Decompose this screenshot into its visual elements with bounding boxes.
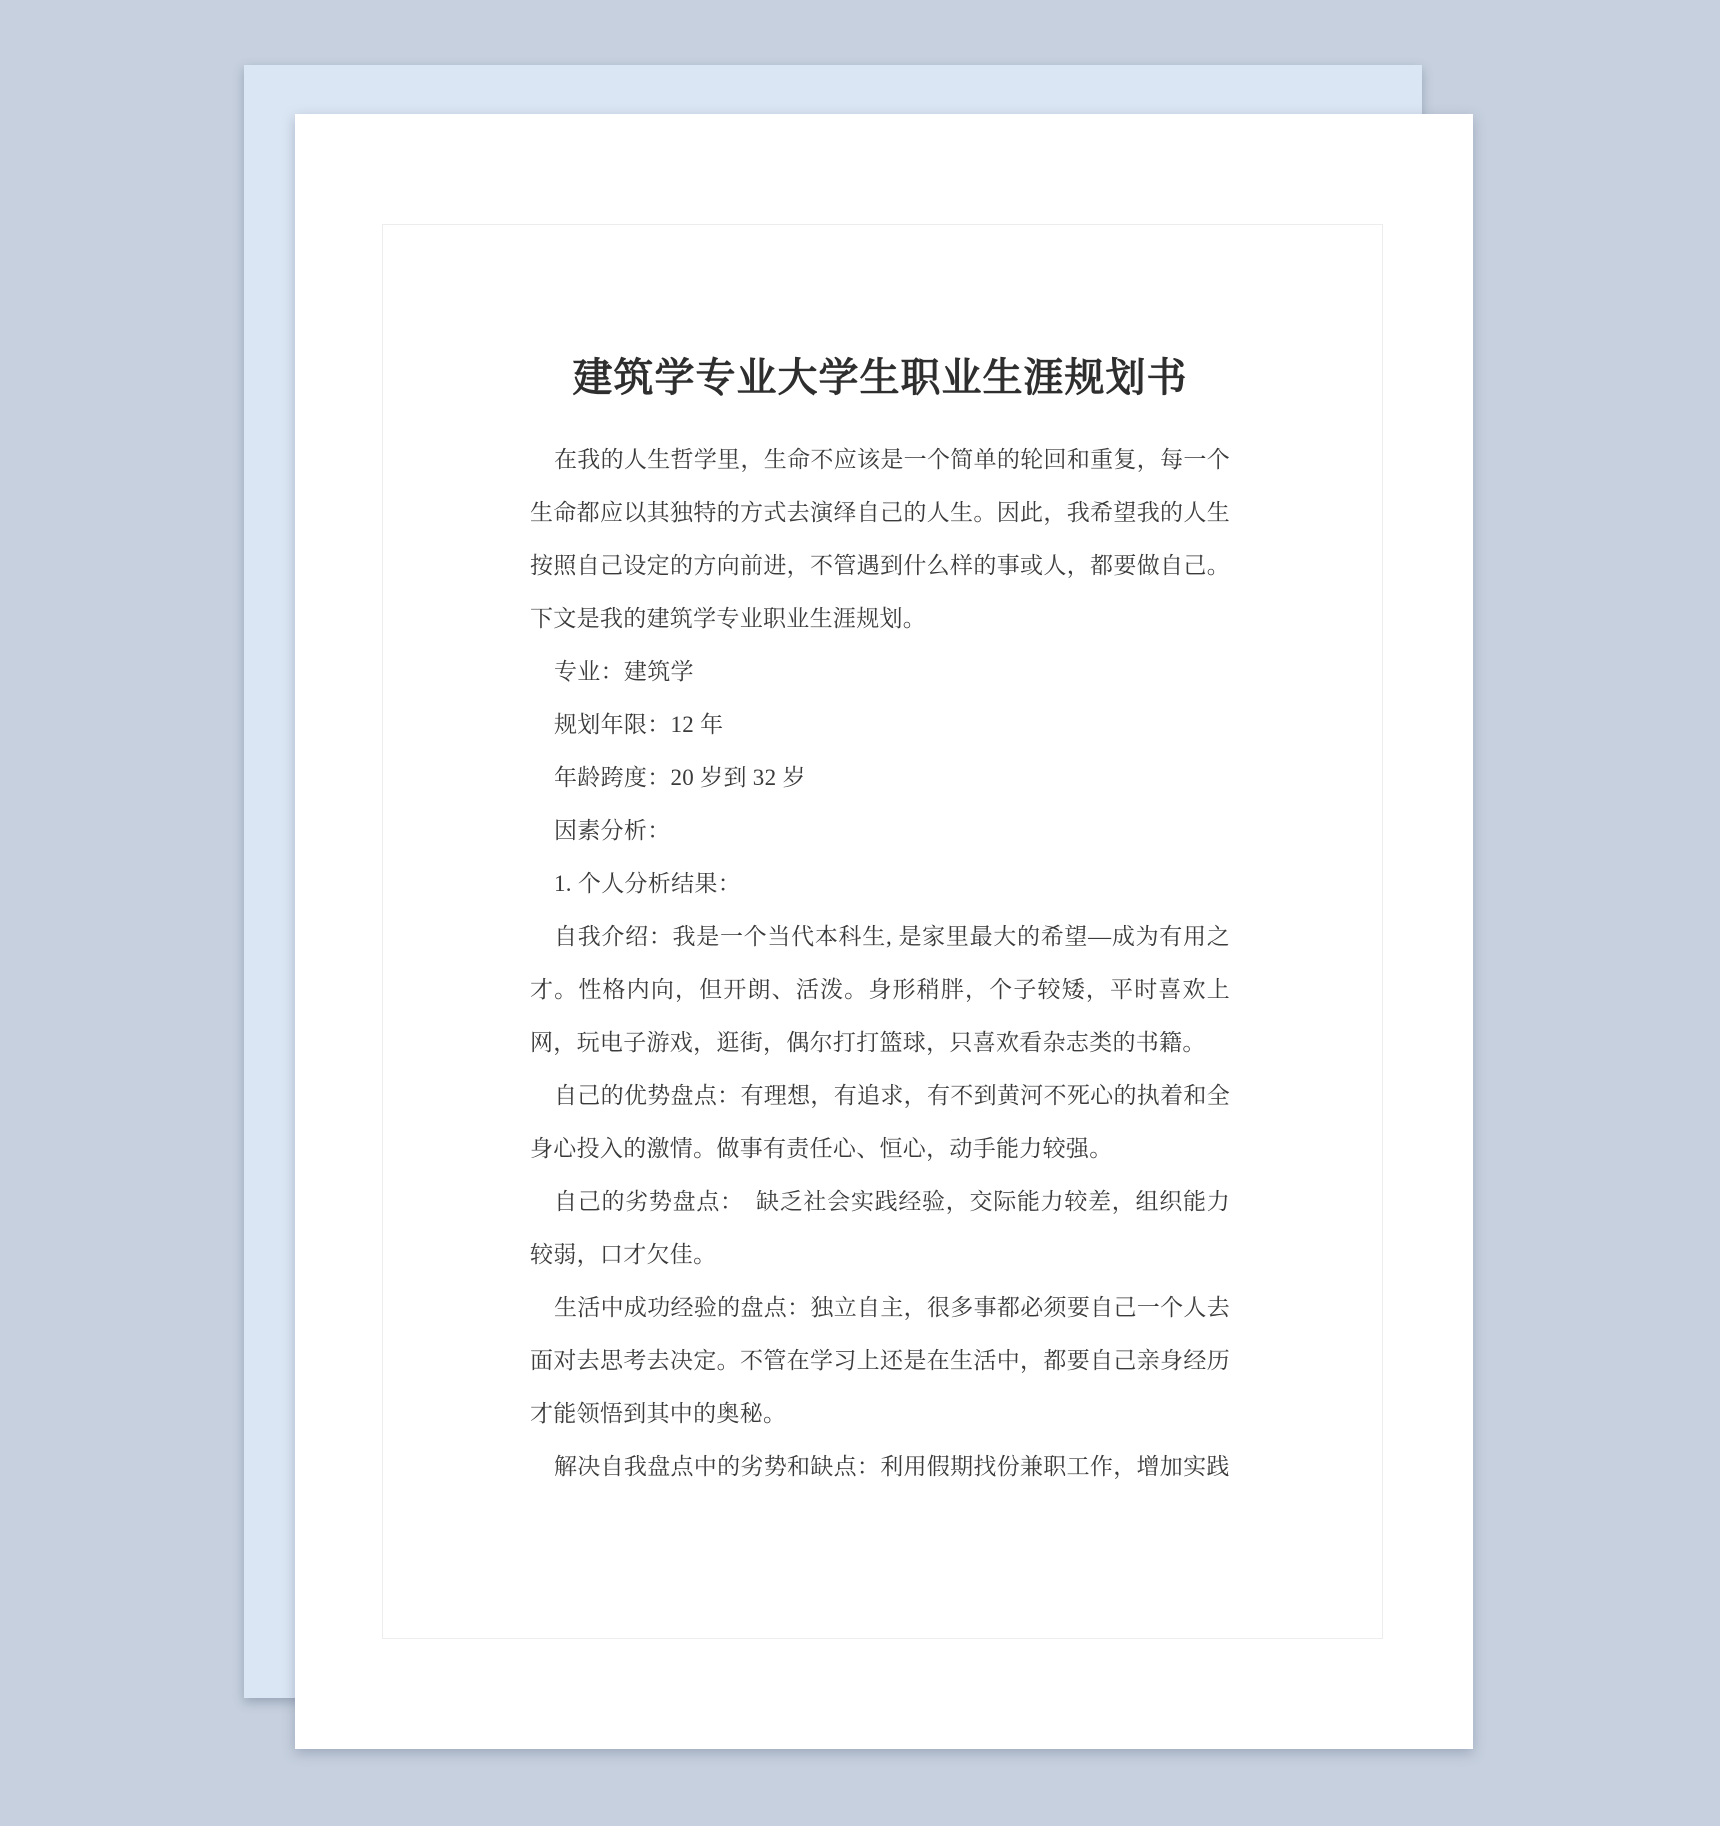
paragraph: 自己的优势盘点：有理想，有追求，有不到黄河不死心的执着和全身心投入的激情。做事有… — [530, 1069, 1230, 1175]
paragraph: 年龄跨度：20 岁到 32 岁 — [530, 751, 1230, 804]
paragraph: 1. 个人分析结果： — [530, 857, 1230, 910]
document-body: 在我的人生哲学里，生命不应该是一个简单的轮回和重复，每一个生命都应以其独特的方式… — [530, 433, 1230, 1493]
document-title: 建筑学专业大学生职业生涯规划书 — [530, 355, 1230, 401]
paragraph: 自己的劣势盘点： 缺乏社会实践经验，交际能力较差，组织能力较弱，口才欠佳。 — [530, 1175, 1230, 1281]
paragraph: 规划年限：12 年 — [530, 698, 1230, 751]
page-content: 建筑学专业大学生职业生涯规划书 在我的人生哲学里，生命不应该是一个简单的轮回和重… — [530, 114, 1230, 1493]
paragraph: 生活中成功经验的盘点：独立自主，很多事都必须要自己一个人去面对去思考去决定。不管… — [530, 1281, 1230, 1440]
paragraph: 在我的人生哲学里，生命不应该是一个简单的轮回和重复，每一个生命都应以其独特的方式… — [530, 433, 1230, 645]
paragraph: 自我介绍：我是一个当代本科生, 是家里最大的希望—成为有用之才。性格内向，但开朗… — [530, 910, 1230, 1069]
paragraph: 因素分析： — [530, 804, 1230, 857]
document-background: 建筑学专业大学生职业生涯规划书 在我的人生哲学里，生命不应该是一个简单的轮回和重… — [0, 0, 1720, 1826]
paragraph: 专业：建筑学 — [530, 645, 1230, 698]
paragraph: 解决自我盘点中的劣势和缺点：利用假期找份兼职工作，增加实践 — [530, 1440, 1230, 1493]
document-page: 建筑学专业大学生职业生涯规划书 在我的人生哲学里，生命不应该是一个简单的轮回和重… — [295, 114, 1473, 1749]
